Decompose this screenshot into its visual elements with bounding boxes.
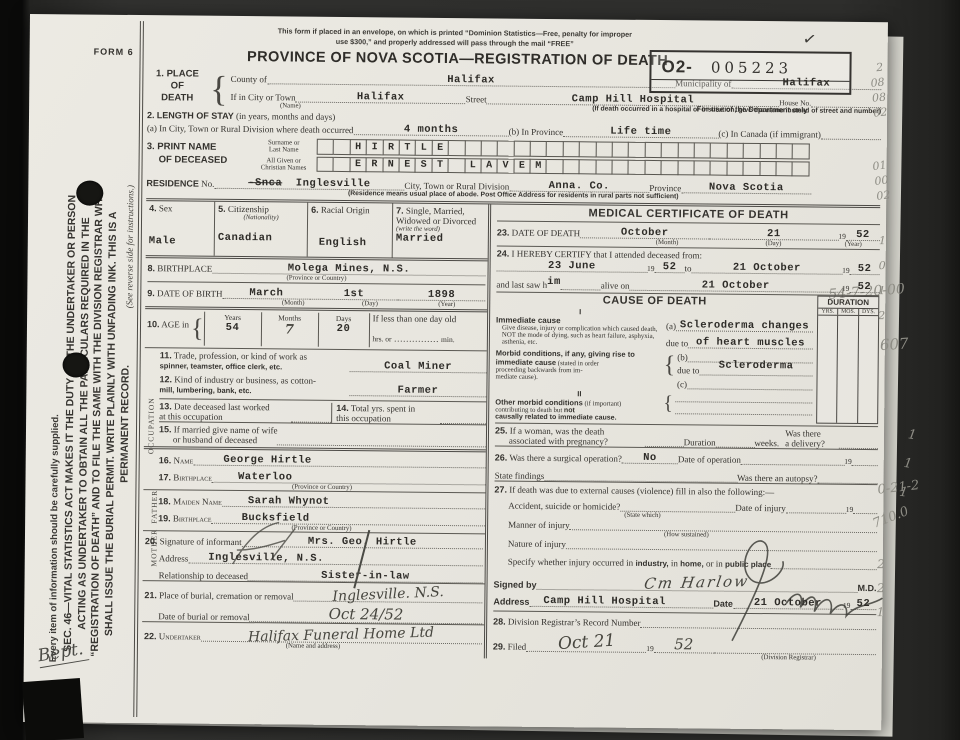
margin-note-supplied: Every item of information should be care… (48, 182, 64, 662)
section1-number: 1. (156, 69, 164, 80)
external-causes-label: If death was due to external causes (vio… (509, 485, 774, 498)
undertaker-label: Undertaker (159, 632, 201, 642)
name-cell (564, 142, 581, 158)
section-signed: Signed by Cm Harlow M.D. Address Camp Hi… (493, 567, 876, 611)
name-cell (695, 143, 712, 159)
name-cell: T (400, 140, 417, 156)
section1-label: PLACE (167, 69, 199, 80)
death-month-field: October (580, 226, 709, 240)
name-cell (711, 143, 728, 159)
accident-label: Accident, suicide or homicide? (494, 501, 620, 512)
sex-label: Sex (159, 204, 173, 214)
stamp-prefix: O2- (661, 57, 693, 77)
county-label: County of (231, 74, 267, 84)
stamp-number: 005223 (711, 59, 792, 78)
form-number: FORM 6 (94, 47, 134, 57)
name-cell (662, 160, 679, 176)
residence-division-field: Anna. Co. (509, 179, 649, 193)
name-cell (547, 141, 564, 157)
residence-province-label: Province (649, 183, 681, 193)
film-scan-background: FORM 6 Every item of information should … (0, 0, 960, 740)
name-cell (498, 141, 515, 157)
record-number-label: Division Registrar’s Record Number (508, 617, 641, 628)
section-pregnancy: 25. If a woman, was the deathassociated … (495, 423, 878, 450)
burial-date-field: Oct 24/52 (250, 604, 483, 625)
relationship-field: Sister-in-law (248, 569, 483, 584)
burial-place-field: Inglesville. N.S. (294, 585, 483, 604)
attended-to-field: 21 October (692, 261, 843, 275)
delivery-field (839, 437, 878, 449)
stay-canada-field (821, 128, 881, 141)
mother-name-label: Maiden Name (173, 497, 222, 507)
manner-field (570, 519, 878, 534)
father-birthplace-field: Waterloo (212, 470, 486, 486)
form-body: This form if placed in an envelope, on w… (141, 25, 882, 726)
name-cell (596, 159, 613, 175)
name-cell (334, 139, 351, 155)
age-years: 54 (226, 322, 240, 334)
stay-canada-label: (c) In Canada (if immigrant) (718, 129, 821, 140)
burial-place-label: Place of burial, cremation or removal (159, 591, 294, 602)
birth-day-field: 1st (310, 287, 398, 301)
section-4-7: 4. Sex Male 5. Citizenship (Nationality)… (146, 202, 489, 259)
name-cell (793, 144, 810, 160)
surname-boxes: HIRTLE (317, 139, 810, 159)
name-cell: A (481, 158, 498, 174)
death-year-field: 52 (846, 228, 880, 241)
findings-field (544, 469, 737, 483)
name-cell: E (399, 157, 416, 173)
section-mother: MOTHER 18. Maiden Name Sarah Whynot 19. … (143, 490, 485, 534)
mother-birthplace-field: Bucksfield (212, 511, 486, 527)
section-external-causes: 27. If death was due to external causes … (494, 481, 878, 571)
section-residence: RESIDENCE No. -Snca Inglesville City, To… (146, 176, 880, 203)
name-cell (563, 159, 580, 175)
name-cell (760, 143, 777, 159)
relationship-label: Relationship to deceased (145, 571, 249, 582)
industry-label: Kind of industry or business, as cotton- (174, 375, 316, 386)
film-notch (22, 678, 84, 740)
punch-hole (76, 180, 103, 205)
name-cell: N (383, 157, 400, 173)
marital-value: Married (396, 233, 485, 246)
father-name-field: George Hirtle (193, 453, 486, 469)
name-cell (777, 144, 794, 160)
total-years-label: Total yrs. spent in (351, 404, 415, 415)
mother-name-field: Sarah Whynot (222, 494, 486, 510)
age-days: 20 (337, 323, 351, 335)
last-saw-label: and last saw h (496, 280, 547, 290)
residence-label: RESIDENCE (146, 179, 199, 190)
name-cell (645, 142, 662, 158)
physician-signature: Cm Harlow (643, 573, 751, 594)
findings-label: State findings (495, 471, 545, 481)
name-cell (580, 142, 597, 158)
name-cell: R (367, 157, 384, 173)
section-undertaker: 22. Undertaker Halifax Funeral Home Ltd … (142, 622, 484, 654)
name-cell (596, 142, 613, 158)
name-cell (317, 139, 335, 155)
name-cell (727, 143, 744, 159)
county-field: Halifax (267, 72, 675, 89)
citizenship-value: Canadian (218, 232, 304, 245)
name-cell: T (432, 158, 449, 174)
death-registration-form: FORM 6 Every item of information should … (23, 14, 888, 730)
section-birthplace: 8. BIRTHPLACE Molega Mines, N.S. (Provin… (145, 256, 487, 310)
name-cell (316, 157, 334, 173)
name-cell (727, 161, 744, 177)
name-cell (744, 161, 761, 177)
name-cell: L (416, 140, 433, 156)
father-birthplace-label: Birthplace (173, 473, 212, 483)
name-cell: I (367, 140, 384, 156)
section-certify: 24. I HEREBY CERTIFY that I attended dec… (496, 246, 879, 294)
form-title: PROVINCE OF NOVA SCOTIA—REGISTRATION OF … (188, 49, 728, 70)
name-cell (613, 160, 630, 176)
personal-column: 4. Sex Male 5. Citizenship (Nationality)… (142, 202, 491, 659)
given-name-boxes: ERNEST LAVEM (316, 157, 809, 177)
age-months: 7 (285, 323, 294, 338)
name-cell (694, 160, 711, 176)
name-cell (744, 143, 761, 159)
signed-by-label: Signed by (493, 580, 536, 590)
cause-a2-field: of heart muscles (688, 336, 813, 350)
delivery-label: a delivery? (785, 439, 825, 449)
medical-column: MEDICAL CERTIFICATE OF DEATH 23. DATE OF… (487, 205, 880, 663)
death-day-field: 21 (709, 227, 838, 241)
physician-address-field: Camp Hill Hospital (529, 594, 713, 609)
punch-hole (63, 352, 90, 377)
name-cell (645, 160, 662, 176)
nature-label: Nature of injury (494, 539, 566, 550)
citizenship-label: Citizenship (228, 204, 269, 214)
trade-field: Coal Miner (350, 360, 487, 374)
racial-origin-label: Racial Origin (321, 205, 370, 215)
name-cell (629, 142, 646, 158)
section-print-name: 3. PRINT NAME OF DECEASED Surname or Las… (147, 138, 881, 178)
less-than-day-label: If less than one day old (373, 314, 457, 325)
name-cell (514, 141, 531, 157)
name-cell (760, 161, 777, 177)
informant-signature-label: Signature of informant (160, 537, 242, 548)
sex-value: Male (149, 236, 211, 249)
section-occupation: OCCUPATION 11. Trade, profession, or kin… (144, 348, 487, 450)
name-cell: E (514, 159, 531, 175)
other-morbid-field2 (675, 403, 812, 416)
filed-label: Filed (508, 642, 527, 652)
father-name-label: Name (173, 456, 193, 466)
section-cause-of-death: DURATION YRS. MOS. DYS. CAUSE OF DEATH (495, 292, 879, 427)
name-cell: M (531, 159, 548, 175)
name-cell (678, 160, 695, 176)
name-cell: V (498, 158, 515, 174)
informant-signature-field: Mrs. Geo. Hirtle (242, 534, 483, 549)
pencil-duration-code: 607 (880, 334, 910, 354)
section-date-of-death: 23. DATE OF DEATH October 21 1952 (Month… (497, 221, 880, 250)
name-cell (711, 160, 728, 176)
spouse-field (277, 434, 486, 448)
stay-city-label: (a) In City, Town or Rural Division wher… (147, 124, 354, 136)
section-filed: 29. Filed Oct 21 19 52 (Division Registr… (493, 627, 876, 663)
handwritten-corner-note: Bept. (36, 638, 89, 668)
name-cell (776, 161, 793, 177)
duration-title: DURATION (818, 297, 878, 310)
residence-field: -Snca Inglesville (214, 176, 404, 191)
stay-province-field: Life time (563, 125, 718, 139)
section-burial: 21. Place of burial, cremation or remova… (142, 581, 484, 625)
operation-field: No (622, 451, 678, 465)
attended-from-field: 23 June (497, 259, 648, 273)
md-label: M.D. (857, 583, 876, 593)
struck-text: -Snca (248, 178, 282, 190)
stay-province-label: (b) In Province (509, 127, 564, 138)
birthplace-field: Molega Mines, N.S. (212, 261, 485, 277)
autopsy-field (818, 472, 878, 485)
him-typed: im (547, 276, 561, 288)
racial-origin-value: English (319, 237, 389, 250)
stay-city-field: 4 months (353, 123, 508, 137)
name-cell: R (383, 140, 400, 156)
name-cell: E (350, 157, 367, 173)
name-cell (580, 159, 597, 175)
name-cell (482, 141, 499, 157)
nature-field (566, 538, 877, 553)
name-cell (629, 160, 646, 176)
section-father: FATHER 16. Name George Hirtle 17. Birthp… (143, 447, 485, 493)
length-of-stay-label: LENGTH OF STAY (157, 111, 234, 122)
record-number-field (640, 616, 876, 630)
name-subcaption: (Name) (230, 102, 350, 110)
filed-date-field: Oct 21 (526, 631, 646, 653)
name-cell (531, 141, 548, 157)
last-worked-field (291, 411, 331, 423)
cause-c-field (687, 378, 813, 391)
signed-date-field: 21 October (733, 596, 843, 610)
section-length-of-stay: 2. LENGTH OF STAY (in years, months and … (147, 111, 881, 141)
accident-field (620, 500, 735, 513)
physician-address-label: Address (493, 597, 529, 607)
cause-b2-field: Scleroderma (699, 363, 812, 377)
residence-province-field: Nova Scotia (681, 181, 811, 195)
total-years-field (440, 412, 486, 424)
section-informant: 20. Signature of informant Mrs. Geo. Hir… (143, 531, 485, 584)
manner-label: Manner of injury (494, 520, 570, 531)
print-name-label: PRINT NAME (157, 142, 216, 154)
city-label: If in City or Town (230, 92, 295, 103)
checkmark: ✓ (801, 28, 818, 50)
autopsy-label: Was there an autopsy? (737, 473, 818, 484)
name-cell (465, 141, 482, 157)
name-cell (334, 157, 351, 173)
duration-box: DURATION YRS. MOS. DYS. (816, 296, 879, 425)
birthplace-label: BIRTHPLACE (157, 264, 212, 275)
mother-birthplace-label: Birthplace (173, 514, 212, 524)
street-label: Street (466, 95, 487, 105)
industry-field: Farmer (349, 384, 486, 398)
date-of-death-label: DATE OF DEATH (512, 228, 581, 239)
injury-date-label: Date of injury (735, 503, 786, 513)
burial-date-label: Date of burial or removal (144, 612, 250, 623)
birth-year-field: 1898 (398, 288, 486, 302)
brace: { (210, 69, 228, 109)
name-cell (449, 140, 466, 156)
signed-date-label: Date (713, 599, 733, 609)
operation-label: Was there a surgical operation? (509, 453, 622, 464)
informant-address-field: Inglesville, N.S. (188, 551, 483, 567)
operation-date-label: Date of operation (678, 455, 741, 466)
name-cell (449, 158, 466, 174)
date-of-birth-label: DATE OF BIRTH (157, 289, 223, 300)
marital-label: Single, Married, (406, 206, 465, 217)
undertaker-field: Halifax Funeral Home Ltd (201, 625, 482, 645)
last-alive-field: 21 October (629, 278, 842, 293)
name-cell (547, 159, 564, 175)
name-cell: S (416, 158, 433, 174)
registrar-signature-field (714, 642, 876, 656)
section-operation: 26. Was there a surgical operation? No D… (495, 446, 878, 485)
section-age: 10. AGE in { Years54 Months7 Days20 If l… (145, 307, 487, 351)
physician-signature-field: Cm Harlow (537, 571, 858, 593)
pencil-s25-code: 0-21-2 (877, 478, 920, 498)
pencil-marks-s27: 221 (877, 552, 885, 624)
name-cell (613, 142, 630, 158)
name-cell: L (465, 158, 482, 174)
trade-label: Trade, profession, or kind of work as (174, 351, 307, 362)
cause-a-field: Scleroderma changes (676, 319, 813, 333)
birth-month-field: March (223, 286, 311, 300)
name-cell (662, 143, 679, 159)
name-cell (678, 143, 695, 159)
name-cell: H (350, 140, 367, 156)
name-cell (793, 161, 810, 177)
informant-address-label: Address (145, 554, 189, 564)
name-cell: E (432, 140, 449, 156)
immediate-cause-note: Give disease, injury or complication whi… (496, 325, 664, 348)
age-label: AGE in (161, 320, 189, 330)
